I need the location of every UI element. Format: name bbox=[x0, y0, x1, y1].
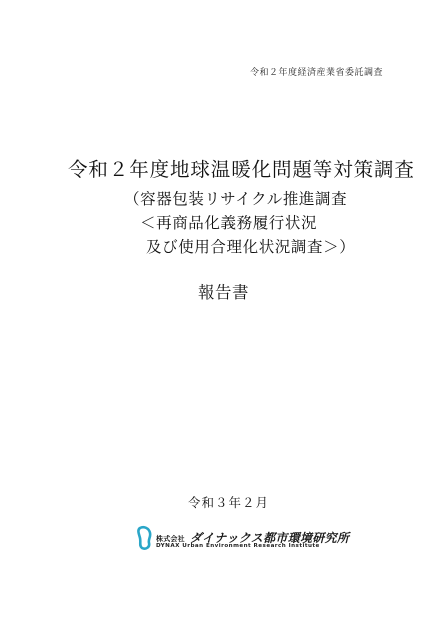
corp-prefix: 株式会社 bbox=[156, 535, 185, 543]
report-title: 令和２年度地球温暖化問題等対策調査 bbox=[68, 154, 415, 182]
commission-note: 令和２年度経済産業省委託調査 bbox=[250, 65, 383, 78]
document-type: 報告書 bbox=[198, 279, 249, 303]
organization-logo: 株式会社 ダイナックス都市環境研究所 DYNAX Urban Environme… bbox=[136, 525, 316, 553]
dynax-logo-icon bbox=[136, 525, 154, 551]
report-cover-page: 令和２年度経済産業省委託調査 令和２年度地球温暖化問題等対策調査 （容器包装リサ… bbox=[0, 0, 445, 630]
publication-date: 令和３年２月 bbox=[188, 493, 269, 511]
organization-name-en: DYNAX Urban Environment Research Institu… bbox=[156, 543, 320, 549]
subtitle-line-3: 及び使用合理化状況調査＞） bbox=[146, 235, 355, 257]
subtitle-line-1: （容器包装リサイクル推進調査 bbox=[124, 187, 347, 209]
subtitle-line-2: ＜再商品化義務履行状況 bbox=[140, 211, 317, 233]
